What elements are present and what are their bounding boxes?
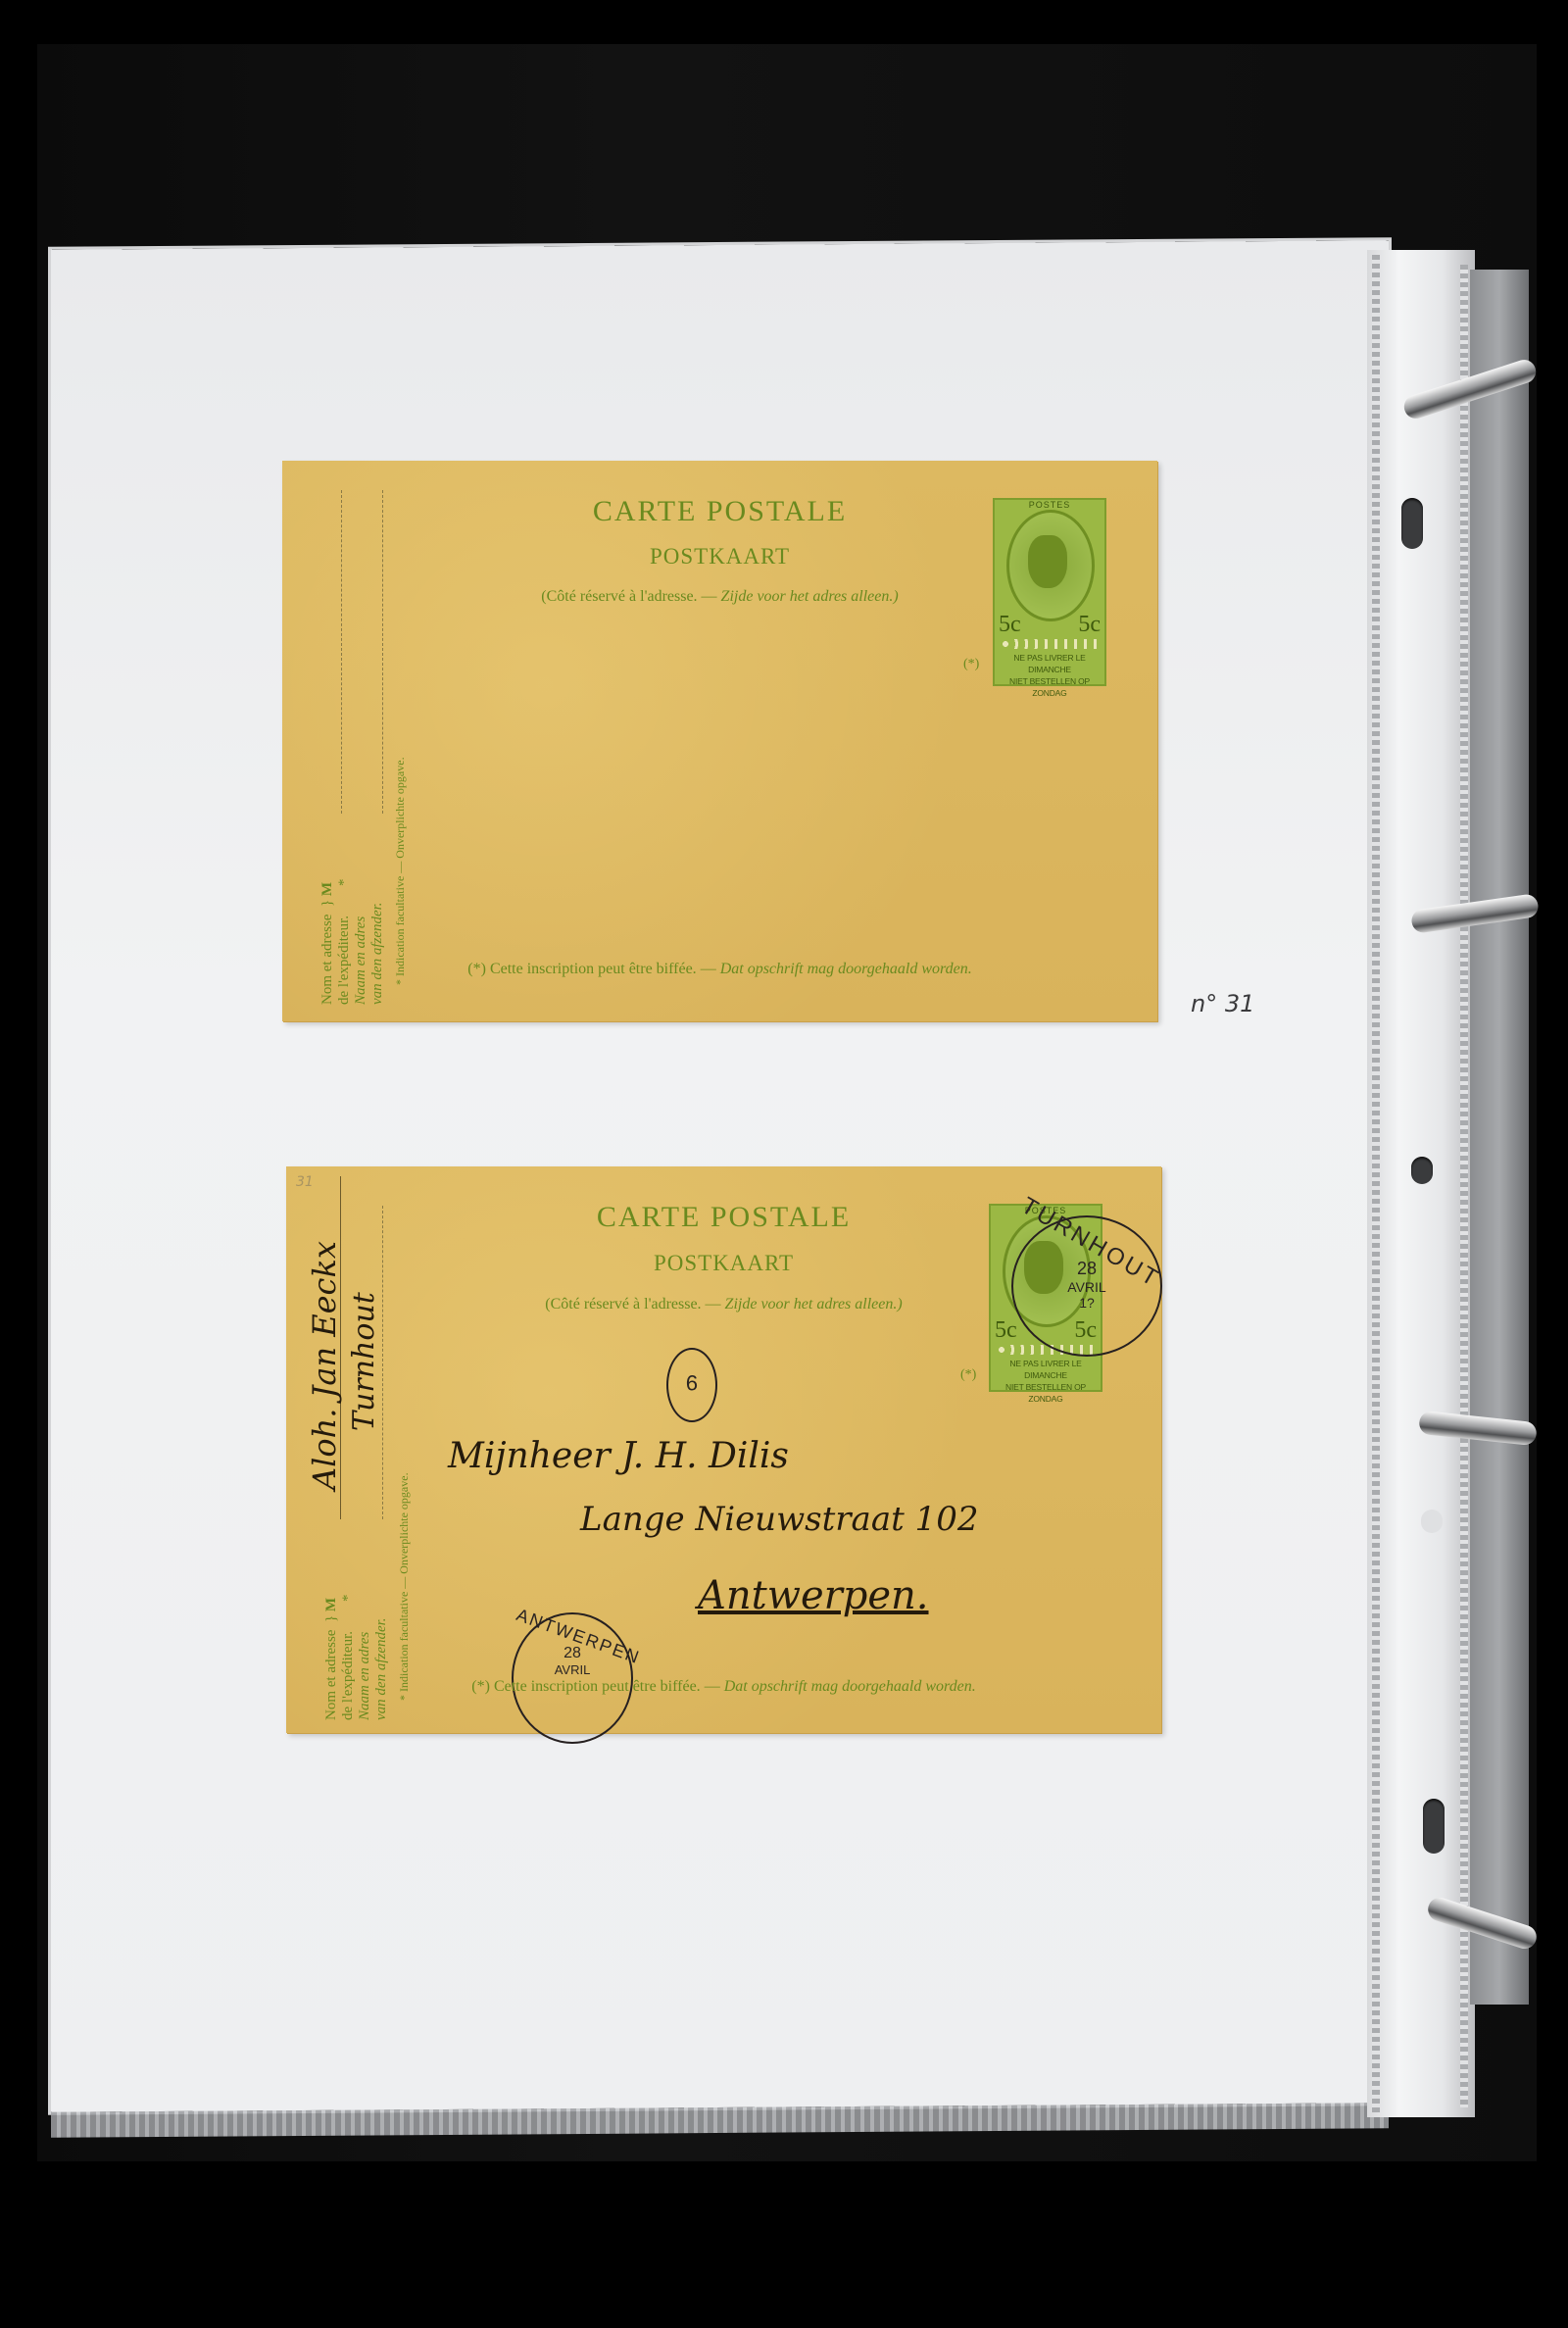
carrier-mark: 9 [666,1348,717,1422]
binder-edge [1470,270,1529,2005]
punch-hole [1401,498,1423,549]
sleeve-seam [1460,265,1468,2107]
handwritten-sender-town: Turnhout [347,1292,381,1431]
coat-of-arms-icon [1028,535,1067,588]
printed-stamp: POSTES 5c 5c NE PAS LIVRER LE DIMANCHENI… [993,498,1106,686]
postmark-origin: TURNHOUT 28 AVRIL 1? [1011,1215,1162,1357]
card-footer: (*) Cette inscription peut être biffée. … [282,961,1157,978]
handwritten-address-line: Lange Nieuwstraat 102 [580,1500,978,1539]
sleeve-seam [1372,255,1380,2112]
handwritten-address-line: Antwerpen. [698,1573,929,1618]
handwritten-address-line: Mijnheer J. H. Dilis [448,1436,789,1476]
punch-hole [1421,1510,1443,1533]
postcard-unused: CARTE POSTALE POSTKAART (Côté réservé à … [282,461,1157,1021]
handwritten-sender-name: Aloh. Jan Eeckx [306,1241,343,1490]
punch-hole [1411,1157,1433,1184]
punch-hole [1423,1799,1445,1854]
page-number-note: n° 31 [1191,990,1254,1017]
pencil-mark: 31 [296,1174,314,1190]
card-footer: (*) Cette inscription peut être biffée. … [286,1678,1161,1696]
postcard-used: 31 CARTE POSTALE POSTKAART (Côté réservé… [286,1166,1161,1733]
